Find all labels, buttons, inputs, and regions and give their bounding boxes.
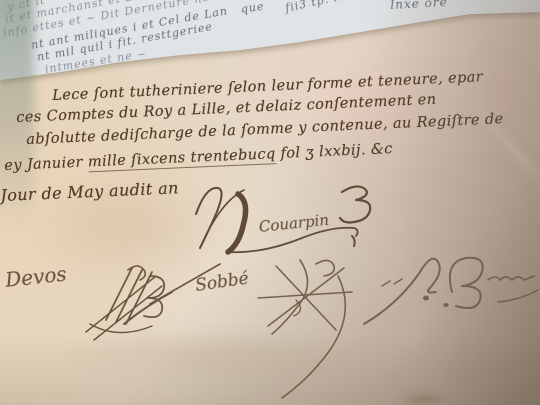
manuscript-photo: y ct it ~ il it et marchanst et deternut… <box>0 0 540 405</box>
parchment-background <box>0 0 540 405</box>
